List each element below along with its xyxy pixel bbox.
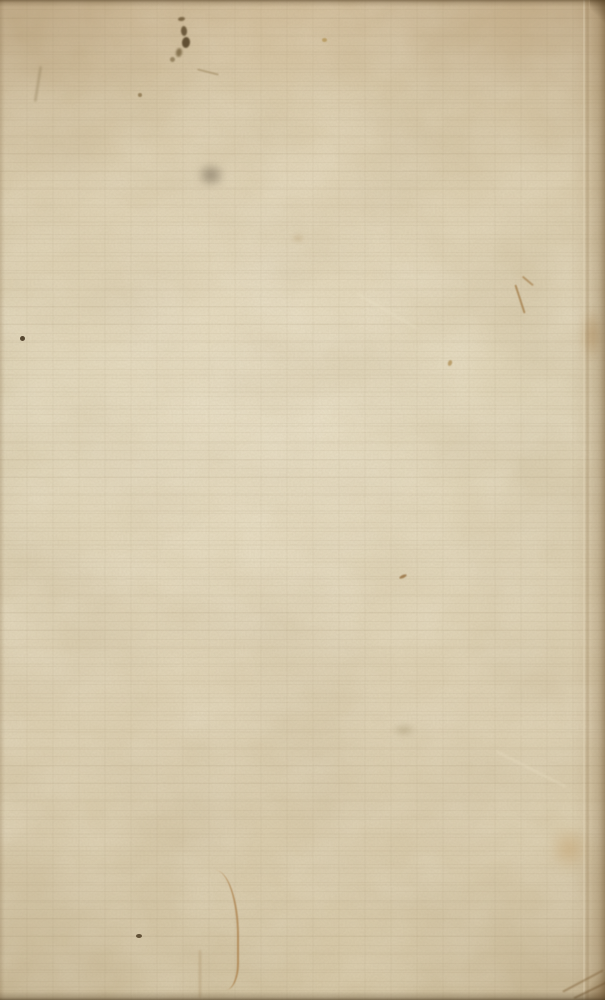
fiber-curl-flick: [522, 276, 534, 286]
scratch-mark-left: [34, 66, 42, 102]
corner-fold-top-right: [590, 0, 605, 26]
stain-layer: [0, 0, 605, 1000]
fleck-mid-right-small: [447, 359, 453, 366]
corner-fold-bottom-right: [576, 972, 605, 1000]
ink-squiggle-speck: [170, 57, 175, 62]
corner-fold-crease-b: [573, 981, 605, 999]
paper-grain-texture: [0, 0, 605, 1000]
laid-paper-striations: [0, 0, 605, 1000]
faint-spot-center: [291, 233, 305, 244]
fiber-curl-mid-right: [514, 284, 525, 313]
speck-mid-right: [399, 573, 408, 579]
fiber-stain-bottom: [215, 870, 239, 990]
speck-upper-middle: [138, 93, 142, 97]
dark-speck-left: [20, 336, 25, 341]
crease-bottom-left: [199, 950, 201, 998]
hairline-mark-top: [197, 68, 219, 75]
crease-light-mid-right: [496, 750, 566, 787]
fine-grain-layer: [0, 0, 605, 1000]
crease-shadow-right: [586, 0, 589, 1000]
page-edge-shadows: [0, 0, 605, 1000]
edge-stain-right: [580, 305, 604, 365]
ink-squiggle-blob-c: [175, 48, 182, 58]
corner-fold-crease-a: [562, 969, 604, 992]
water-stain-right: [548, 826, 590, 872]
graphite-smudge: [196, 162, 226, 188]
ink-squiggle-dash: [178, 17, 185, 22]
speck-bottom-left: [136, 934, 142, 938]
aged-paper-page: [0, 0, 605, 1000]
crease-highlight-right: [583, 0, 585, 1000]
crease-light-center: [356, 293, 418, 330]
ink-squiggle-blob-b: [181, 37, 190, 49]
light-mottle-layer: [0, 0, 605, 1000]
ink-squiggle-blob-a: [181, 26, 188, 36]
fleck-top-center: [322, 38, 327, 42]
smudge-lower-center: [392, 724, 416, 736]
coarse-mottle-layer: [0, 0, 605, 1000]
